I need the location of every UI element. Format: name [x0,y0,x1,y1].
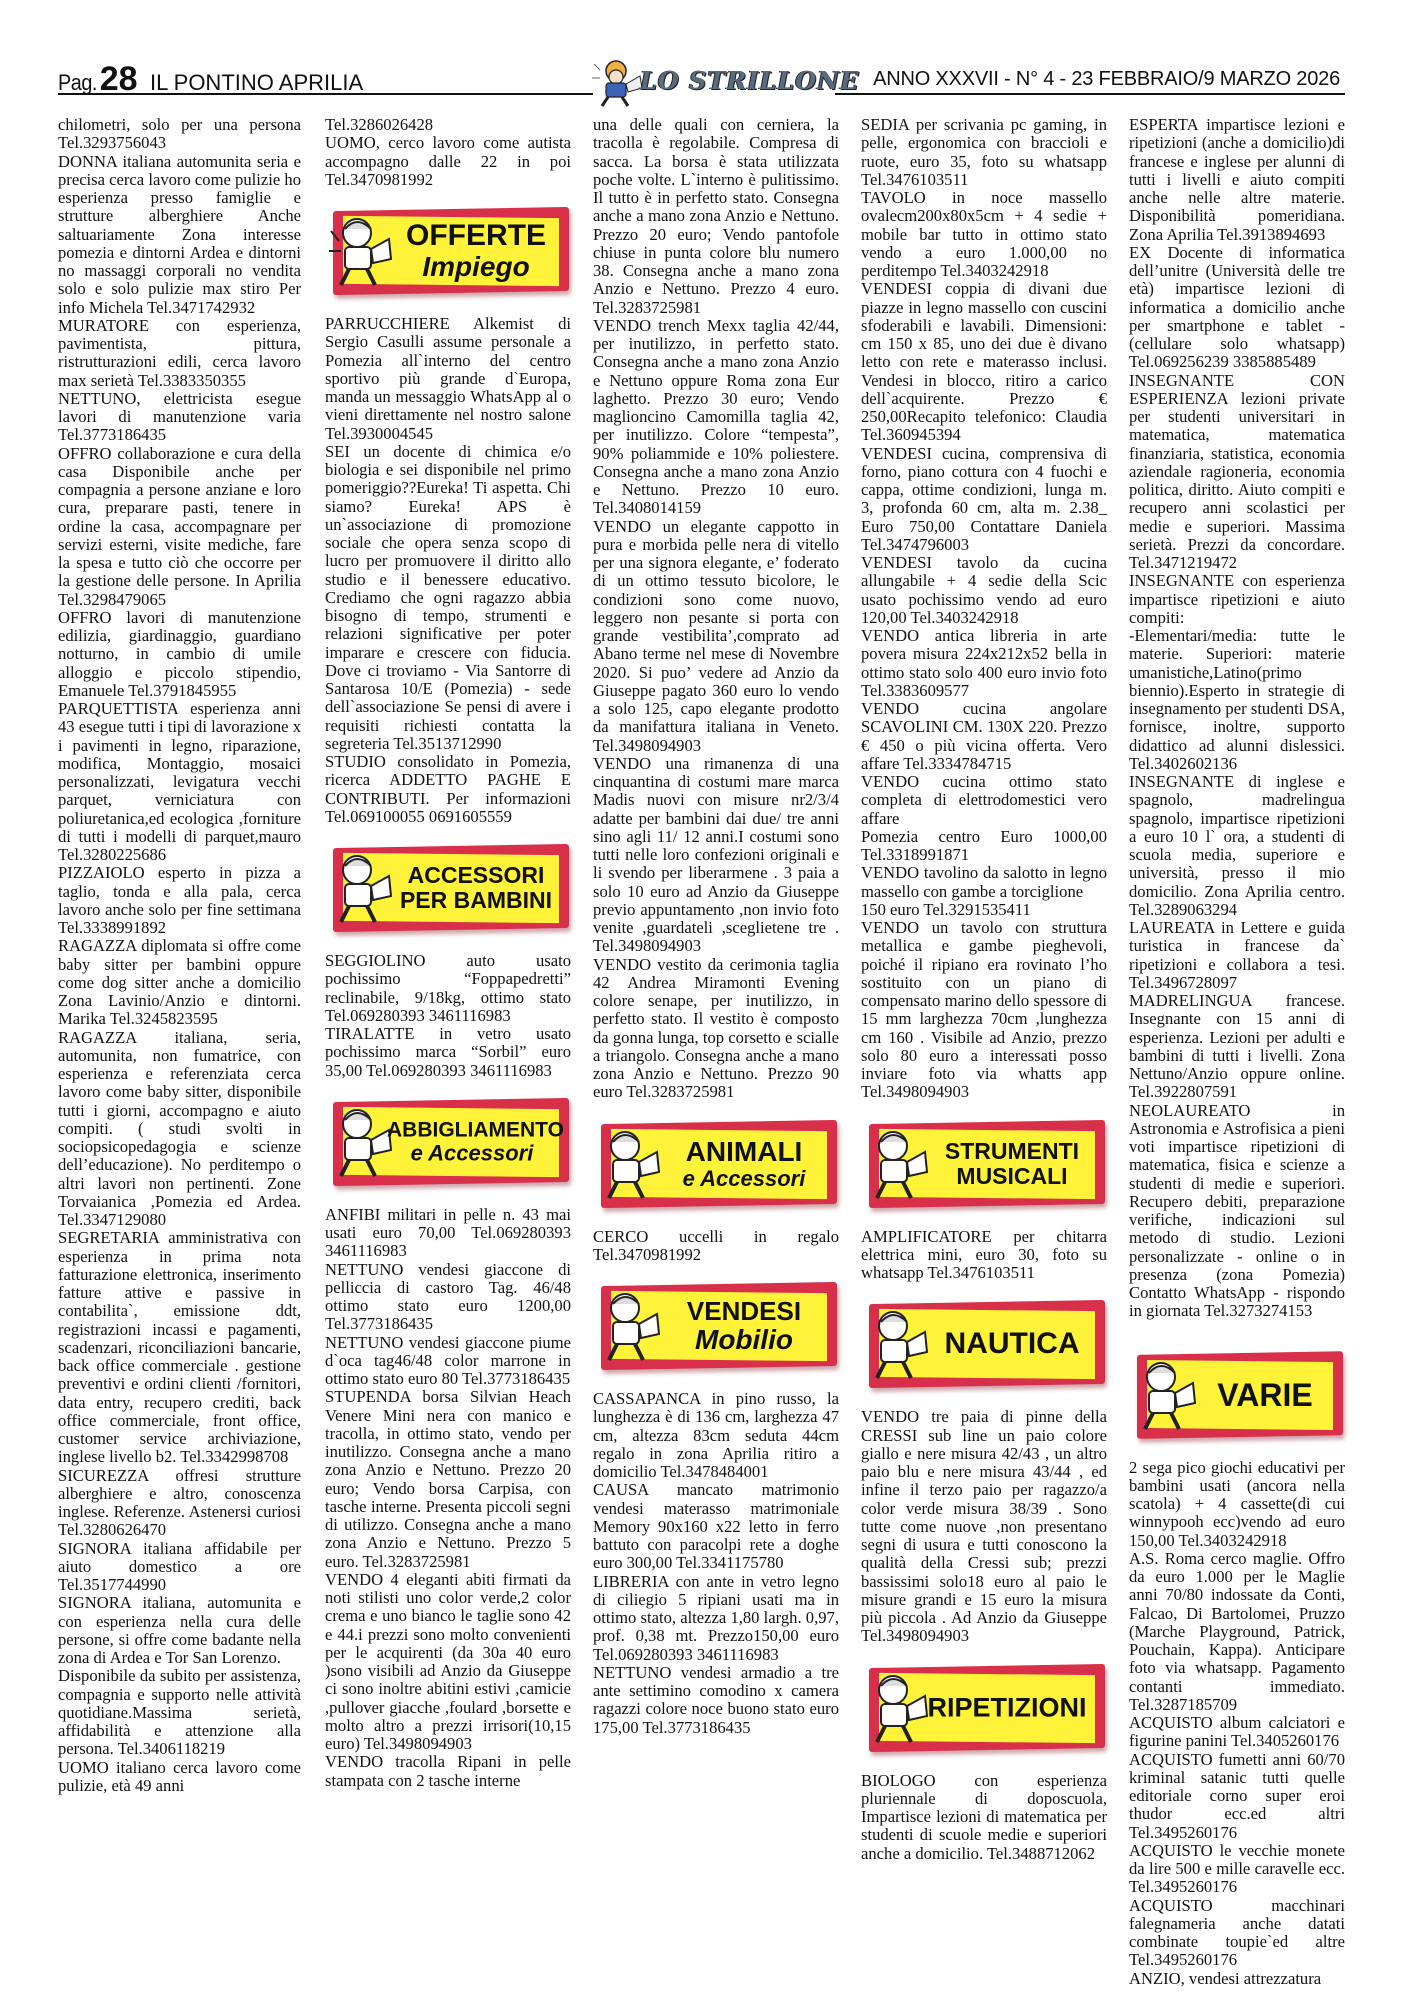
ad-text: TAVOLO in noce massello ovalecm200x80x5c… [861,189,1107,280]
section-banner-nautica: NAUTICA [861,1296,1107,1392]
newsboy-mascot-icon [325,848,395,928]
section-title: VARIE [1217,1377,1312,1413]
ad-text: Disponibile da subito per assistenza, co… [58,1667,301,1758]
ad-text: PARQUETTISTA esperienza anni 43 esegue t… [58,700,301,864]
ad-text: NEOLAUREATO in Astronomia e Astrofisica … [1129,1102,1345,1321]
ad-text: una delle quali con cerniera, la tracoll… [593,116,839,317]
ad-text: VENDESI coppia di divani due piazze in l… [861,280,1107,444]
ad-text: VENDO 4 eleganti abiti firmati da noti s… [325,1571,571,1754]
newsboy-mascot-icon [1129,1355,1199,1435]
section-title: ABBIGLIAMENTO [387,1118,564,1141]
ad-text: Tel.3286026428 [325,116,571,134]
ad-text: DONNA italiana automunita seria e precis… [58,153,301,317]
ad-text: STUPENDA borsa Silvian Heach Venere Mini… [325,1388,571,1571]
ad-text: ACQUISTO album calciatori e figurine pan… [1129,1714,1345,1751]
newsboy-mascot-icon [325,1102,395,1182]
section-title: NAUTICA [945,1327,1080,1360]
section-banner-strumenti-musicali: STRUMENTI MUSICALI [861,1116,1107,1212]
header-rule-left [58,93,593,95]
ad-text: UOMO italiano cerca lavoro come pulizie,… [58,1759,301,1796]
section-title: ACCESSORI [408,862,545,888]
ad-text: 150 euro Tel.3291535411 [861,901,1107,919]
ad-text: INSEGNANTE CON ESPERIENZA lezioni privat… [1129,372,1345,573]
column-5: ESPERTA impartisce lezioni e ripetizioni… [1129,116,1345,1988]
ad-text: ANFIBI militari in pelle n. 43 mai usati… [325,1206,571,1261]
section-banner-accessori-bambini: ACCESSORI PER BAMBINI [325,840,571,936]
ad-text: MADRELINGUA francese. Insegnante con 15 … [1129,992,1345,1102]
ad-text: SEDIA per scrivania pc gaming, in pelle,… [861,116,1107,189]
ad-text: STUDIO consolidato in Pomezia, ricerca A… [325,753,571,826]
section-title: VENDESI [687,1296,801,1326]
ad-text: VENDESI tavolo da cucina allungabile + 4… [861,554,1107,627]
ad-text: TIRALATTE in vetro usato pochissimo marc… [325,1025,571,1080]
ad-text: RAGAZZA diplomata si offre come baby sit… [58,937,301,1028]
column-4: SEDIA per scrivania pc gaming, in pelle,… [861,116,1107,1863]
ad-text: SEGGIOLINO auto usato pochissimo “Foppap… [325,952,571,1025]
ad-text: NETTUNO vendesi giaccone piume d`oca tag… [325,1334,571,1389]
newspaper-page: Pag. 28 IL PONTINO APRILIA LO STRILLONE … [0,0,1420,2000]
ad-text: EX Docente di informatica dell’unitre (U… [1129,244,1345,372]
ad-text: VENDO un tavolo con struttura metallica … [861,919,1107,1102]
ad-text: ESPERTA impartisce lezioni e ripetizioni… [1129,116,1345,244]
section-banner-varie: VARIE [1129,1347,1345,1443]
ad-text: LIBRERIA con ante in vetro legno di cili… [593,1573,839,1664]
ad-text: ACQUISTO le vecchie monete da lire 500 e… [1129,1842,1345,1897]
ad-text: SIGNORA italiana, automunita e con esper… [58,1594,301,1667]
section-subtitle: e Accessori [387,1142,557,1164]
ad-text: VENDO tracolla Ripani in pelle stampata … [325,1753,571,1790]
section-banner-offerte-impiego: OFFERTE Impiego [325,203,571,299]
ad-text: ACQUISTO fumetti anni 60/70 kriminal sat… [1129,1751,1345,1842]
ad-text: CAUSA mancato matrimonio vendesi materas… [593,1481,839,1572]
ad-text: VENDO trench Mexx taglia 42/44, per inut… [593,317,839,518]
ad-text: VENDO un elegante cappotto in pura e mor… [593,518,839,755]
header-rule-right [835,93,1345,95]
ad-text: OFFRO collaborazione e cura della casa D… [58,445,301,609]
ad-text: VENDESI cucina, comprensiva di forno, pi… [861,445,1107,555]
ad-text: CERCO uccelli in regalo Tel.3470981992 [593,1228,839,1265]
ad-text: SEGRETARIA amministrativa con esperienza… [58,1229,301,1466]
column-3: una delle quali con cerniera, la tracoll… [593,116,839,1737]
ad-text: chilometri, solo per una persona Tel.329… [58,116,301,153]
ad-text: NETTUNO vendesi armadio a tre ante setti… [593,1664,839,1737]
newsboy-mascot-icon [593,1286,663,1366]
ad-text: OFFRO lavori di manutenzione edilizia, g… [58,609,301,700]
ad-text: BIOLOGO con esperienza pluriennale di do… [861,1772,1107,1863]
publication-name: IL PONTINO APRILIA [150,70,363,95]
ad-text: NETTUNO vendesi giaccone di pelliccia di… [325,1261,571,1334]
ad-text: VENDO cucina ottimo stato completa di el… [861,773,1107,828]
ad-text: VENDO antica libreria in arte povera mis… [861,627,1107,700]
ad-text: INSEGNANTE di inglese e spagnolo, madrel… [1129,773,1345,919]
section-banner-animali: ANIMALI e Accessori [593,1116,839,1212]
ad-text: CASSAPANCA in pino russo, la lunghezza è… [593,1390,839,1481]
ad-text: 2 sega pico giochi educativi per bambini… [1129,1459,1345,1550]
section-title: OFFERTE [406,219,546,252]
column-2: Tel.3286026428 UOMO, cerco lavoro come a… [325,116,571,1790]
newsboy-mascot-icon [325,211,395,291]
ad-text: SICUREZZA offresi strutture alberghiere … [58,1467,301,1540]
section-title: ANIMALI [686,1136,803,1167]
lo-strillone-logo: LO STRILLONE [590,58,835,108]
ad-text: SEI un docente di chimica e/o biologia e… [325,443,571,753]
section-banner-abbigliamento: ABBIGLIAMENTO e Accessori [325,1094,571,1190]
newsboy-mascot-icon [861,1304,931,1384]
ad-text: VENDO vestito da cerimonia taglia 42 And… [593,956,839,1102]
section-subtitle: Impiego [395,253,557,281]
ad-text: VENDO cucina angolare SCAVOLINI CM. 130X… [861,700,1107,773]
ad-text: VENDO tre paia di pinne della CRESSI sub… [861,1408,1107,1645]
ad-text: A.S. Roma cerco maglie. Offro da euro 1.… [1129,1550,1345,1714]
ad-text: INSEGNANTE con esperienza impartisce rip… [1129,572,1345,627]
ad-text: -Elementari/media: tutte le materie. Sup… [1129,627,1345,773]
newsboy-mascot-icon [593,1124,663,1204]
section-subtitle: e Accessori [663,1168,825,1190]
section-title: STRUMENTI [945,1138,1079,1164]
ad-text: NETTUNO, elettricista esegue lavori di m… [58,390,301,445]
ad-text: LAUREATA in Lettere e guida turistica in… [1129,919,1345,992]
section-banner-ripetizioni: RIPETIZIONI [861,1660,1107,1756]
newsboy-mascot-icon [861,1124,931,1204]
ad-text: SIGNORA italiana affidabile per aiuto do… [58,1540,301,1595]
section-subtitle: MUSICALI [931,1165,1093,1188]
section-banner-vendesi-mobilio: VENDESI Mobilio [593,1278,839,1374]
ad-text: ACQUISTO macchinari falegnameria anche d… [1129,1897,1345,1970]
ad-text: PARRUCCHIERE Alkemist di Sergio Casulli … [325,315,571,443]
section-subtitle: PER BAMBINI [395,889,557,912]
issue-info: ANNO XXXVII - N° 4 - 23 FEBBRAIO/9 MARZO… [873,68,1340,91]
ad-text: AMPLIFICATORE per chitarra elettrica min… [861,1228,1107,1283]
ad-text: VENDO una rimanenza di una cinquantina d… [593,755,839,956]
ad-text: RAGAZZA italiana, seria, automunita, non… [58,1029,301,1230]
newsboy-mascot-icon [590,58,644,108]
section-title: RIPETIZIONI [927,1692,1086,1722]
column-1: chilometri, solo per una persona Tel.329… [58,116,301,1795]
ad-text: UOMO, cerco lavoro come autista accompag… [325,134,571,189]
logo-text: LO STRILLONE [640,66,859,95]
ad-text: Pomezia centro Euro 1000,00 Tel.33189918… [861,828,1107,865]
ad-text: ANZIO, vendesi attrezzatura [1129,1970,1345,1988]
ad-text: MURATORE con esperienza, pavimentista, p… [58,317,301,390]
section-subtitle: Mobilio [663,1326,825,1354]
ad-text: VENDO tavolino da salotto in legno masse… [861,864,1107,901]
ad-text: PIZZAIOLO esperto in pizza a taglio, ton… [58,864,301,937]
